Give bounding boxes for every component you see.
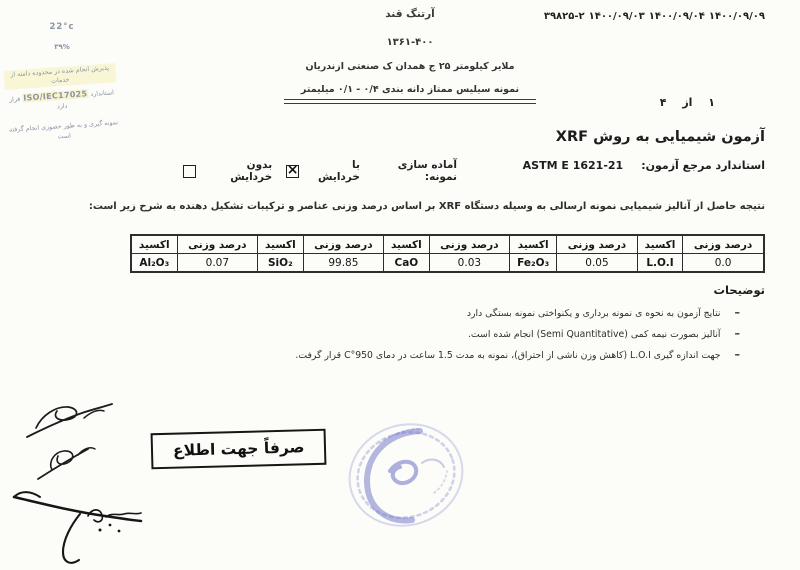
prep-label: آماده سازی نمونه: <box>374 159 457 183</box>
col-header-weight: درصد وزنی <box>557 235 638 254</box>
oxide-value: 0.05 <box>557 254 638 273</box>
oxide-name: CaO <box>384 254 429 273</box>
dash-bullet: – <box>735 303 741 323</box>
iso-stamp-line2: استاندارد ISO/IEC17025 قرار دارد <box>5 86 118 115</box>
standard-value: ASTM E 1621-21 <box>523 159 624 172</box>
note-text: آنالیز بصورت نیمه کمی (Semi Quantitative… <box>468 325 721 345</box>
sample-preparation-row: آماده سازی نمونه: با خردایش × بدون خردای… <box>183 159 465 183</box>
iso-line2-pre: استاندارد <box>90 89 114 98</box>
oxide-value: 99.85 <box>303 254 384 273</box>
file-code: ۱۳۶۱-۴۰۰ <box>387 37 434 48</box>
customer-name: آرتنگ قند <box>280 8 540 20</box>
col-header-oxide: اکسید <box>510 235 557 254</box>
checkbox-uncrushed-empty <box>183 165 196 178</box>
info-only-stamp: صرفاً جهت اطلاع <box>151 429 327 470</box>
oxide-value: 0.0 <box>683 254 764 273</box>
sample-unit: میلیمتر <box>301 84 335 95</box>
date-received: ۱۴۰۰/۰۹/۰۳ <box>589 6 645 28</box>
col-header-oxide: اکسید <box>637 235 682 254</box>
oxide-value: 0.07 <box>177 254 258 273</box>
note-text: جهت اندازه گیری L.O.I (کاهش وزن ناشی از … <box>295 346 720 366</box>
notes-heading: توضیحات <box>714 283 766 297</box>
oxide-name: Fe₂O₃ <box>510 254 557 273</box>
dash-bullet: – <box>735 324 741 344</box>
col-header-weight: درصد وزنی <box>683 235 764 254</box>
signatures-block <box>0 390 150 570</box>
note-item: – جهت اندازه گیری L.O.I (کاهش وزن ناشی ا… <box>35 345 740 366</box>
table-header-row: اکسید درصد وزنی اکسید درصد وزنی اکسید در… <box>131 235 764 254</box>
date-issued: ۱۴۰۰/۰۹/۰۹ <box>709 6 765 28</box>
scanned-xrf-report-page: ۳۹۸۲۵-۲ ۱۴۰۰/۰۹/۰۳ ۱۴۰۰/۰۹/۰۴ ۱۴۰۰/۰۹/۰۹… <box>0 0 800 570</box>
environment-stamp: 22°c ۳۹% پذیرش انجام شده در محدوده دامنه… <box>6 22 118 141</box>
notes-list: – نتایج آزمون به نحوه ی نمونه برداری و ی… <box>35 303 740 366</box>
col-header-oxide: اکسید <box>131 235 177 254</box>
iso-standard-number: ISO/IEC17025 <box>22 89 89 103</box>
oxide-name: SiO₂ <box>258 254 303 273</box>
dash-bullet: – <box>735 345 741 365</box>
report-title: آزمون شیمیایی به روش XRF <box>556 129 765 145</box>
page-indicator: ۱ از ۴ <box>660 96 715 109</box>
col-header-weight: درصد وزنی <box>303 235 384 254</box>
standard-reference-line: استاندارد مرجع آزمون: ASTM E 1621-21 <box>523 159 765 172</box>
xrf-results-table: اکسید درصد وزنی اکسید درصد وزنی اکسید در… <box>130 234 765 273</box>
note-text: نتایج آزمون به نحوه ی نمونه برداری و یکن… <box>467 304 721 324</box>
letterhead-divider <box>284 99 536 104</box>
x-mark-icon: × <box>286 164 299 177</box>
report-number: ۳۹۸۲۵-۲ <box>544 6 585 28</box>
table-data-row: Al₂O₃ 0.07 SiO₂ 99.85 CaO 0.03 Fe₂O₃ 0.0… <box>131 254 764 273</box>
iso-accreditation-stamp: پذیرش انجام شده در محدوده دامنه از خدمات… <box>4 63 121 145</box>
oxide-name: Al₂O₃ <box>131 254 177 273</box>
letterhead: آرتنگ قند ۱۳۶۱-۴۰۰ ملایر کیلومتر ۲۵ ج هم… <box>280 8 540 104</box>
col-header-oxide: اکسید <box>258 235 303 254</box>
reference-numbers-block: ۳۹۸۲۵-۲ ۱۴۰۰/۰۹/۰۳ ۱۴۰۰/۰۹/۰۴ ۱۴۰۰/۰۹/۰۹ <box>544 6 765 28</box>
round-ink-stamp <box>338 403 473 543</box>
note-item: – آنالیز بصورت نیمه کمی (Semi Quantitati… <box>35 324 740 345</box>
sample-description: نمونه سیلیس ممتاز دانه بندی ۰/۱ - ۰/۴ می… <box>280 84 540 95</box>
signature-scribble-1 <box>27 404 112 437</box>
humidity-reading: ۳۹% <box>54 43 70 51</box>
standard-label: استاندارد مرجع آزمون: <box>641 159 765 172</box>
signature-scribble-2 <box>38 448 95 479</box>
prep-option-crushed-label: با خردایش <box>313 159 360 183</box>
note-item: – نتایج آزمون به نحوه ی نمونه برداری و ی… <box>35 303 740 324</box>
date-tested: ۱۴۰۰/۰۹/۰۴ <box>649 6 705 28</box>
sample-description-text: نمونه سیلیس ممتاز دانه بندی <box>382 84 519 95</box>
col-header-oxide: اکسید <box>384 235 429 254</box>
temperature-reading: 22°c <box>6 22 118 32</box>
signature-scribble-3 <box>14 492 141 563</box>
iso-stamp-line3: نمونه گیری و به طور حضوری انجام گرفته اس… <box>7 118 120 145</box>
col-header-weight: درصد وزنی <box>429 235 510 254</box>
checkbox-crushed-checked: × <box>286 165 299 178</box>
customer-address: ملایر کیلومتر ۲۵ ج همدان ک صنعتی ازندریا… <box>280 61 540 72</box>
prep-option-uncrushed-label: بدون خردایش <box>210 159 272 183</box>
iso-stamp-line1: پذیرش انجام شده در محدوده دامنه از خدمات <box>4 63 117 90</box>
oxide-value: 0.03 <box>429 254 510 273</box>
col-header-weight: درصد وزنی <box>177 235 258 254</box>
oxide-name: L.O.I <box>637 254 682 273</box>
results-intro-sentence: نتیجه حاصل از آنالیز شیمیایی نمونه ارسال… <box>89 201 765 212</box>
sample-size-range: ۰/۱ - ۰/۴ <box>338 84 379 95</box>
